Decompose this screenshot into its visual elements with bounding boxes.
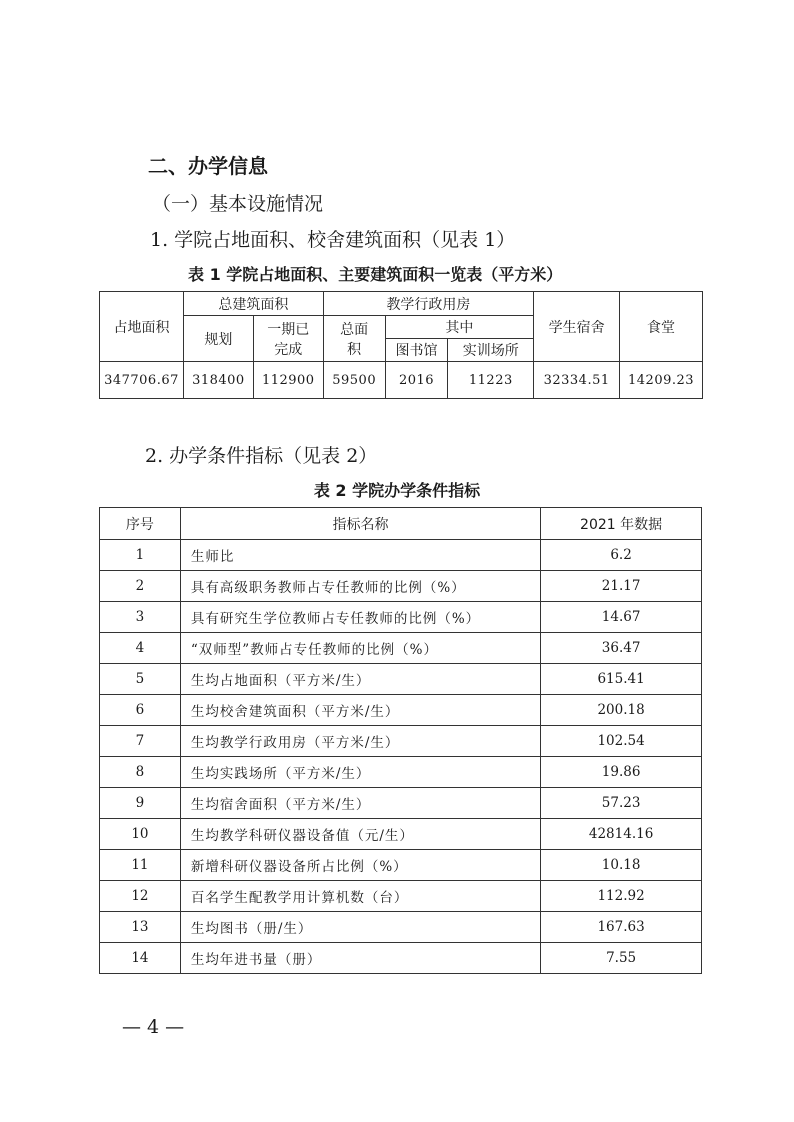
indicator-value: 19.86 — [541, 757, 702, 788]
table-row: 5生均占地面积（平方米/生）615.41 — [100, 664, 702, 695]
indicator-name: 生均教学行政用房（平方米/生） — [180, 726, 540, 757]
row-number: 5 — [100, 664, 181, 695]
header-total-building: 总建筑面积 — [183, 292, 323, 316]
indicator-name: 新增科研仪器设备所占比例（%） — [180, 850, 540, 881]
table-row: 1生师比6.2 — [100, 540, 702, 571]
row-number: 9 — [100, 788, 181, 819]
table-row: 12百名学生配教学用计算机数（台）112.92 — [100, 881, 702, 912]
header-teaching-admin: 教学行政用房 — [323, 292, 533, 316]
indicator-value: 6.2 — [541, 540, 702, 571]
row-number: 12 — [100, 881, 181, 912]
value-total-area: 59500 — [323, 362, 385, 399]
row-number: 8 — [100, 757, 181, 788]
indicator-name: 生均年进书量（册） — [180, 943, 540, 974]
row-number: 7 — [100, 726, 181, 757]
item-heading-2: 2. 办学条件指标（见表 2） — [145, 441, 377, 468]
header-no: 序号 — [100, 508, 181, 540]
indicator-value: 167.63 — [541, 912, 702, 943]
value-training: 11223 — [448, 362, 534, 399]
row-number: 11 — [100, 850, 181, 881]
indicator-name: 百名学生配教学用计算机数（台） — [180, 881, 540, 912]
indicator-value: 200.18 — [541, 695, 702, 726]
value-phase1-done: 112900 — [253, 362, 323, 399]
row-number: 4 — [100, 633, 181, 664]
indicator-value: 102.54 — [541, 726, 702, 757]
row-number: 6 — [100, 695, 181, 726]
page-number: — 4 — — [122, 1016, 184, 1038]
table-row: 9生均宿舍面积（平方米/生）57.23 — [100, 788, 702, 819]
indicator-name: 生均图书（册/生） — [180, 912, 540, 943]
indicator-name: 生均实践场所（平方米/生） — [180, 757, 540, 788]
indicator-value: 112.92 — [541, 881, 702, 912]
header-of-which: 其中 — [385, 316, 534, 339]
value-canteen: 14209.23 — [620, 362, 703, 399]
indicator-name: 生师比 — [180, 540, 540, 571]
header-total-area: 总面积 — [323, 316, 385, 362]
school-conditions-table: 序号 指标名称 2021 年数据 1生师比6.22具有高级职务教师占专任教师的比… — [99, 507, 702, 974]
value-dorm: 32334.51 — [534, 362, 620, 399]
table-row: 14生均年进书量（册）7.55 — [100, 943, 702, 974]
indicator-value: 57.23 — [541, 788, 702, 819]
row-number: 2 — [100, 571, 181, 602]
table-row: 4“双师型”教师占专任教师的比例（%）36.47 — [100, 633, 702, 664]
table-row: 13生均图书（册/生）167.63 — [100, 912, 702, 943]
table-row: 6生均校舍建筑面积（平方米/生）200.18 — [100, 695, 702, 726]
indicator-value: 21.17 — [541, 571, 702, 602]
indicator-name: 具有高级职务教师占专任教师的比例（%） — [180, 571, 540, 602]
indicator-name: 具有研究生学位教师占专任教师的比例（%） — [180, 602, 540, 633]
indicator-name: 生均校舍建筑面积（平方米/生） — [180, 695, 540, 726]
row-number: 13 — [100, 912, 181, 943]
section-heading: 二、办学信息 — [148, 150, 268, 179]
value-planned: 318400 — [183, 362, 253, 399]
row-number: 3 — [100, 602, 181, 633]
table2-caption: 表 2 学院办学条件指标 — [0, 478, 794, 501]
indicator-value: 10.18 — [541, 850, 702, 881]
indicator-value: 615.41 — [541, 664, 702, 695]
indicator-name: 生均教学科研仪器设备值（元/生） — [180, 819, 540, 850]
header-2021-data: 2021 年数据 — [541, 508, 702, 540]
row-number: 10 — [100, 819, 181, 850]
indicator-name: 生均宿舍面积（平方米/生） — [180, 788, 540, 819]
header-planned: 规划 — [183, 316, 253, 362]
table-row: 10生均教学科研仪器设备值（元/生）42814.16 — [100, 819, 702, 850]
table-row: 7生均教学行政用房（平方米/生）102.54 — [100, 726, 702, 757]
header-training: 实训场所 — [448, 339, 534, 362]
table-row: 11新增科研仪器设备所占比例（%）10.18 — [100, 850, 702, 881]
table-row: 3具有研究生学位教师占专任教师的比例（%）14.67 — [100, 602, 702, 633]
indicator-value: 7.55 — [541, 943, 702, 974]
indicator-name: “双师型”教师占专任教师的比例（%） — [180, 633, 540, 664]
header-dorm: 学生宿舍 — [534, 292, 620, 362]
land-building-area-table: 占地面积 总建筑面积 教学行政用房 学生宿舍 食堂 规划 一期已完成 总面积 其… — [99, 291, 703, 399]
header-canteen: 食堂 — [620, 292, 703, 362]
header-library: 图书馆 — [385, 339, 448, 362]
header-phase1-done: 一期已完成 — [253, 316, 323, 362]
row-number: 1 — [100, 540, 181, 571]
indicator-name: 生均占地面积（平方米/生） — [180, 664, 540, 695]
indicator-value: 36.47 — [541, 633, 702, 664]
value-land-area: 347706.67 — [100, 362, 184, 399]
value-library: 2016 — [385, 362, 448, 399]
indicator-value: 42814.16 — [541, 819, 702, 850]
subsection-heading: （一）基本设施情况 — [152, 189, 323, 216]
header-indicator-name: 指标名称 — [180, 508, 540, 540]
header-land-area: 占地面积 — [100, 292, 184, 362]
table-row: 2具有高级职务教师占专任教师的比例（%）21.17 — [100, 571, 702, 602]
table1-caption: 表 1 学院占地面积、主要建筑面积一览表（平方米） — [188, 262, 562, 285]
item-heading-1: 1. 学院占地面积、校舍建筑面积（见表 1） — [150, 225, 515, 252]
indicator-value: 14.67 — [541, 602, 702, 633]
table-row: 8生均实践场所（平方米/生）19.86 — [100, 757, 702, 788]
row-number: 14 — [100, 943, 181, 974]
